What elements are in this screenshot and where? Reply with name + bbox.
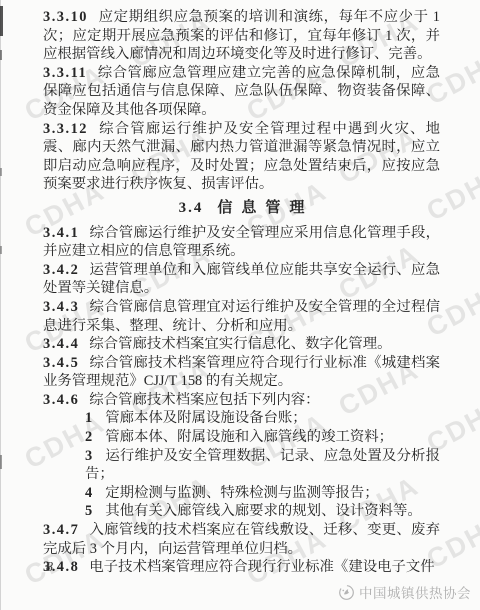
section-header: 3.4信息管理	[43, 199, 440, 218]
scan-artifact	[0, 455, 2, 469]
clause-number: 3.3.11	[43, 65, 87, 81]
clause-text: 综合管廊技术档案宜实行信息化、数字化管理。	[89, 336, 391, 352]
document-body: 3.3.10应定期组织应急预案的培训和演练，每年不应少于 1 次；应定期开展应急…	[43, 8, 440, 577]
clause-number: 3.4.2	[43, 262, 79, 278]
section-number: 3.4	[179, 200, 204, 216]
clause-3-4-6: 3.4.6综合管廊技术档案应包括下列内容：	[43, 391, 440, 410]
clause-3-3-10: 3.3.10应定期组织应急预案的培训和演练，每年不应少于 1 次；应定期开展应急…	[43, 8, 440, 64]
footer-org: 中国城镇供热协会	[338, 582, 471, 602]
clause-text: 综合管廊技术档案管理应符合现行行业标准《城建档案业务管理规范》CJJ/T 158…	[43, 355, 440, 390]
clause-text: 综合管廊应急管理应建立完善的应急保障机制，应急保障应包括通信与信息保障、应急队伍…	[43, 65, 440, 118]
clause-text: 应定期组织应急预案的培训和演练，每年不应少于 1 次；应定期开展应急预案的评估和…	[43, 9, 440, 62]
clause-number: 3.4.6	[43, 392, 79, 408]
item-number: 3	[85, 448, 92, 464]
clause-3-4-1: 3.4.1综合管廊运行维护及安全管理应采用信息化管理手段，并应建立相应的信息管理…	[43, 224, 440, 261]
item-text: 运行维护及安全管理数据、记录、应急处置及分析报告；	[85, 448, 440, 483]
page-left-edge	[0, 0, 1, 610]
clause-3-4-7: 3.4.7入廊管线的技术档案应在管线敷设、迁移、变更、废弃完成后 3 个月内，向…	[43, 521, 440, 558]
scan-artifact	[0, 246, 2, 254]
clause-number: 3.3.12	[43, 121, 88, 137]
item-text: 管廊本体、附属设施和入廊管线的竣工资料；	[105, 429, 393, 445]
clause-text: 综合管廊运行维护及安全管理过程中遇到火灾、地震、廊内天然气泄漏、廊内热力管道泄漏…	[43, 121, 440, 193]
list-item-4: 4定期检测与监测、特殊检测与监测等报告；	[43, 484, 440, 503]
footer-org-text: 中国城镇供热协会	[359, 582, 471, 602]
list-item-1: 1管廊本体及附属设施设备台账；	[43, 409, 440, 428]
item-text: 其他有关入廊管线入廊要求的规划、设计资料等。	[105, 503, 422, 519]
cdha-logo-icon	[338, 584, 355, 601]
scan-artifact	[0, 50, 2, 60]
scan-artifact	[0, 6, 3, 36]
scan-artifact	[0, 168, 2, 176]
list-item-3: 3运行维护及安全管理数据、记录、应急处置及分析报告；	[43, 447, 440, 484]
clause-text: 综合管廊运行维护及安全管理应采用信息化管理手段，并应建立相应的信息管理系统。	[43, 225, 440, 260]
clause-3-4-3: 3.4.3综合管廊信息管理宜对运行维护及安全管理的全过程信息进行采集、整理、统计…	[43, 298, 440, 335]
scanned-document-page: { "watermark": { "text": "CDHA" }, "doc"…	[0, 0, 480, 610]
clause-3-3-12: 3.3.12综合管廊运行维护及安全管理过程中遇到火灾、地震、廊内天然气泄漏、廊内…	[43, 120, 440, 194]
clause-number: 3.4.5	[43, 355, 79, 371]
item-number: 2	[85, 429, 92, 445]
page-number: 8	[46, 560, 53, 576]
clause-text: 电子技术档案管理应符合现行行业标准《建设电子文件	[89, 559, 434, 575]
item-text: 管廊本体及附属设施设备台账；	[105, 410, 306, 426]
clause-text: 入廊管线的技术档案应在管线敷设、迁移、变更、废弃完成后 3 个月内，向运营管理单…	[43, 522, 440, 557]
clause-text: 综合管廊信息管理宜对运行维护及安全管理的全过程信息进行采集、整理、统计、分析和应…	[43, 299, 440, 334]
item-text: 定期检测与监测、特殊检测与监测等报告；	[105, 485, 378, 501]
clause-3-4-2: 3.4.2运营管理单位和入廊管线单位应能共享安全运行、应急处置等关键信息。	[43, 261, 440, 298]
list-item-5: 5其他有关入廊管线入廊要求的规划、设计资料等。	[43, 502, 440, 521]
clause-number: 3.4.4	[43, 336, 79, 352]
clause-text: 综合管廊技术档案应包括下列内容：	[89, 392, 319, 408]
item-number: 5	[85, 503, 92, 519]
item-number: 4	[85, 485, 92, 501]
list-item-2: 2管廊本体、附属设施和入廊管线的竣工资料；	[43, 428, 440, 447]
clause-3-4-4: 3.4.4综合管廊技术档案宜实行信息化、数字化管理。	[43, 335, 440, 354]
clause-number: 3.4.7	[43, 522, 79, 538]
clause-text: 运营管理单位和入廊管线单位应能共享安全运行、应急处置等关键信息。	[43, 262, 440, 297]
clause-number: 3.3.10	[43, 9, 88, 25]
clause-number: 3.4.3	[43, 299, 79, 315]
clause-3-4-5: 3.4.5综合管廊技术档案管理应符合现行行业标准《城建档案业务管理规范》CJJ/…	[43, 354, 440, 391]
clause-3-3-11: 3.3.11综合管廊应急管理应建立完善的应急保障机制，应急保障应包括通信与信息保…	[43, 64, 440, 120]
clause-number: 3.4.1	[43, 225, 79, 241]
item-number: 1	[85, 410, 92, 426]
clause-3-4-8: 3.4.8电子技术档案管理应符合现行行业标准《建设电子文件	[43, 558, 440, 577]
section-title: 信息管理	[217, 200, 313, 216]
